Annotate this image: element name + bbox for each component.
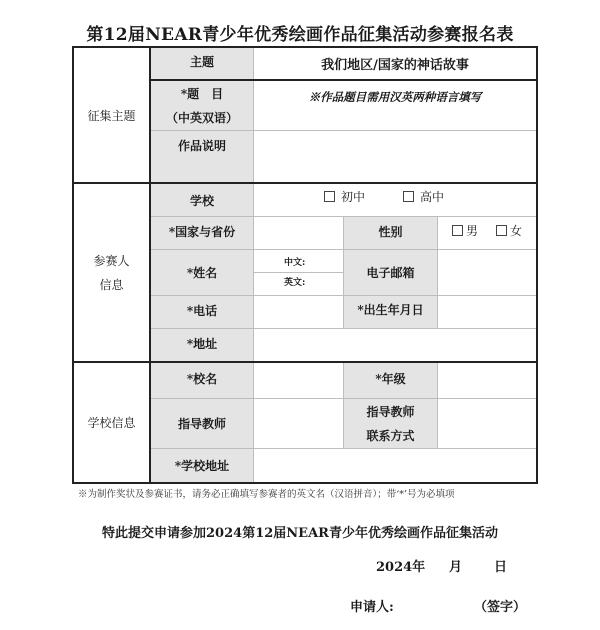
footnote: ※为制作奖状及参赛证书，请务必正确填写参赛者的英文名（汉语拼音）；带‘*’号为必…	[78, 486, 455, 500]
checkbox-icon[interactable]	[403, 191, 414, 202]
email-input[interactable]	[438, 250, 536, 295]
gender-options: 男 女	[438, 217, 536, 249]
school-name-input[interactable]	[254, 363, 343, 398]
grade-input[interactable]	[438, 363, 536, 398]
email-label: 电子邮箱	[344, 250, 437, 295]
sign-label: （签字）	[474, 596, 526, 615]
title-label: *题 目 （中英双语）	[151, 81, 253, 130]
name-cn-input[interactable]: 中文:	[254, 250, 343, 272]
signature-field[interactable]	[400, 596, 470, 612]
checkbox-icon[interactable]	[496, 225, 507, 236]
checkbox-icon[interactable]	[324, 191, 335, 202]
teacher-input[interactable]	[254, 399, 343, 448]
date-day: 日	[494, 556, 507, 575]
name-en-label: 英文:	[284, 275, 305, 288]
checkbox-icon[interactable]	[452, 225, 463, 236]
address-label: *地址	[151, 329, 253, 361]
option-junior-high[interactable]: 初中	[324, 188, 365, 205]
desc-input[interactable]	[254, 131, 536, 182]
name-label: *姓名	[151, 250, 253, 295]
birth-input[interactable]	[438, 296, 536, 328]
teacher-contact-line1: 指导教师	[366, 400, 414, 424]
participant-label-line2: 信息	[99, 273, 123, 297]
country-label: *国家与省份	[151, 217, 253, 249]
teacher-contact-label: 指导教师 联系方式	[344, 399, 437, 448]
option-senior-high[interactable]: 高中	[403, 188, 444, 205]
participant-label-line1: 参赛人	[93, 249, 129, 273]
section-label-school: 学校信息	[74, 363, 149, 482]
school-name-label: *校名	[151, 363, 253, 398]
title-hint: ※作品题目需用汉英两种语言填写	[309, 89, 482, 105]
date-year: 2024年	[376, 556, 425, 575]
gender-label: 性别	[344, 217, 437, 249]
name-en-input[interactable]: 英文:	[254, 273, 343, 295]
school-address-label: *学校地址	[151, 449, 253, 482]
desc-label: 作品说明	[151, 131, 253, 182]
date-month: 月	[449, 556, 462, 575]
birth-label: *出生年月日	[344, 296, 437, 328]
teacher-contact-line2: 联系方式	[366, 424, 414, 448]
phone-label: *电话	[151, 296, 253, 328]
declaration: 特此提交申请参加2024第12届NEAR青少年优秀绘画作品征集活动	[0, 522, 600, 541]
title-input[interactable]: ※作品题目需用汉英两种语言填写	[254, 81, 536, 130]
name-cn-label: 中文:	[284, 255, 305, 268]
teacher-label: 指导教师	[151, 399, 253, 448]
title-label-line1: *题 目	[181, 82, 223, 106]
country-input[interactable]	[254, 217, 343, 249]
grade-label: *年级	[344, 363, 437, 398]
address-input[interactable]	[254, 329, 536, 361]
option-female[interactable]: 女	[496, 222, 522, 239]
school-address-input[interactable]	[254, 449, 536, 482]
phone-input[interactable]	[254, 296, 343, 328]
teacher-contact-input[interactable]	[438, 399, 536, 448]
section-label-participant: 参赛人 信息	[74, 184, 149, 361]
option-male[interactable]: 男	[452, 222, 478, 239]
applicant-label: 申请人:	[350, 596, 394, 615]
title-label-line2: （中英双语）	[166, 106, 238, 130]
section-label-theme: 征集主题	[74, 48, 149, 182]
theme-value: 我们地区/国家的神话故事	[254, 48, 536, 79]
form-title: 第12届NEAR青少年优秀绘画作品征集活动参赛报名表	[0, 20, 600, 45]
school-level-label: 学校	[151, 184, 253, 216]
theme-label: 主题	[151, 48, 253, 79]
school-level-options: 初中 高中	[254, 184, 536, 216]
